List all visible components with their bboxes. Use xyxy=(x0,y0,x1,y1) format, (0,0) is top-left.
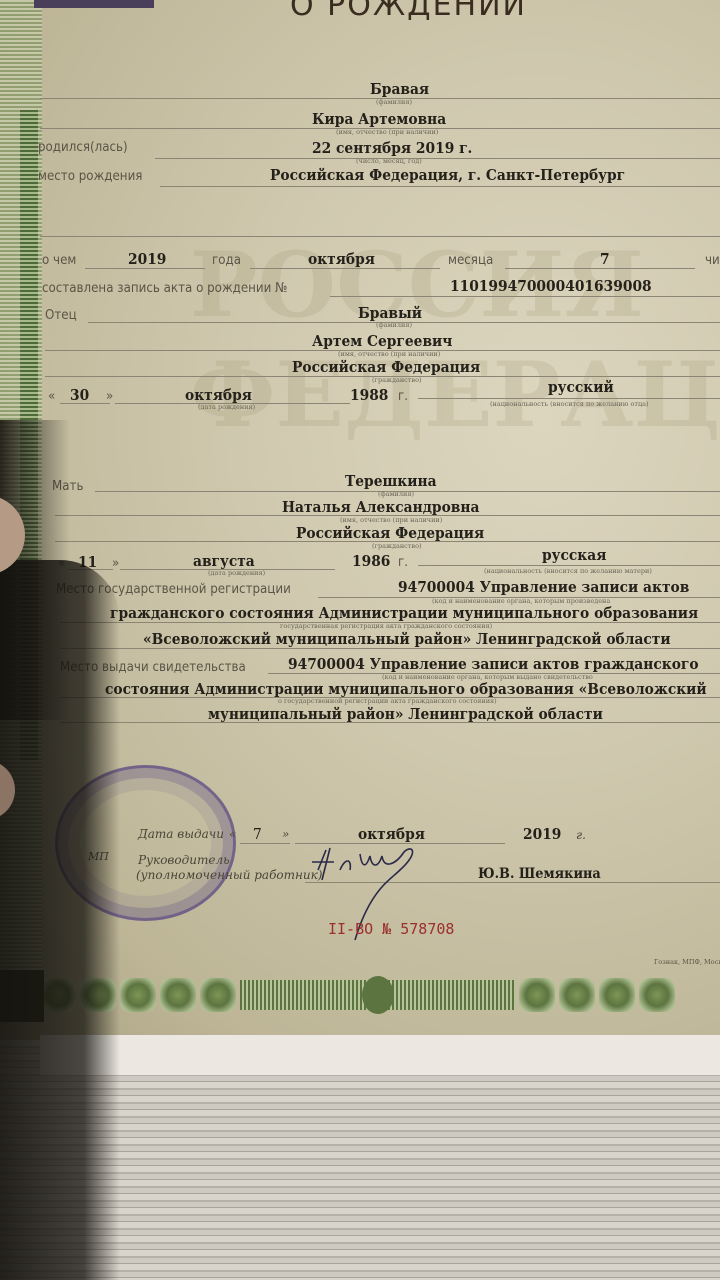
father-name-hint: (имя, отчество (при наличии) xyxy=(338,350,440,358)
record-month: октября xyxy=(308,250,375,268)
mother-surname: Терешкина xyxy=(345,472,437,490)
father-year-suffix: г. xyxy=(398,388,408,404)
issue-day: 7 xyxy=(253,825,262,843)
photo-scene: РОССИЯФЕДЕРАЦИЯ О РОЖДЕНИИ Бравая (фамил… xyxy=(0,0,720,1280)
child-birthplace: Российская Федерация, г. Санкт-Петербург xyxy=(270,166,625,184)
mother-year-suffix: г. xyxy=(398,554,408,570)
mother-nationality: русская xyxy=(542,546,606,564)
father-surname: Бравый xyxy=(358,304,422,322)
child-birth-date: 22 сентября 2019 г. xyxy=(312,139,472,157)
issue-date-label: Дата выдачи xyxy=(138,827,224,841)
child-surname-hint: (фамилия) xyxy=(376,98,412,106)
month-label: месяца xyxy=(448,252,493,268)
record-label: составлена запись акта о рождении № xyxy=(42,280,288,296)
head-label-sub: (уполномоченный работник) xyxy=(136,868,322,882)
document-title: О РОЖДЕНИИ xyxy=(290,0,527,23)
birthplace-label: место рождения xyxy=(38,168,142,184)
born-label: родился(лась) xyxy=(38,139,128,155)
day-label: чи xyxy=(705,252,720,268)
father-nationality: русский xyxy=(548,378,614,396)
father-label: Отец xyxy=(45,307,77,323)
year-label: года xyxy=(212,252,241,268)
issue-year-suffix: г. xyxy=(576,828,586,842)
issue-place-line-3: муниципальный район» Ленинградской облас… xyxy=(208,705,603,723)
mother-dob-month: августа xyxy=(193,552,255,570)
child-name: Кира Артемовна xyxy=(312,110,446,128)
mother-name-hint: (имя, отчество (при наличии) xyxy=(340,516,442,524)
father-dob-day: 30 xyxy=(70,386,89,404)
registration-line-3: «Всеволожский муниципальный район» Ленин… xyxy=(143,630,671,648)
registration-line-2: гражданского состояния Администрации мун… xyxy=(110,604,698,622)
record-year: 2019 xyxy=(128,250,166,268)
father-citizenship: Российская Федерация xyxy=(292,358,480,376)
mother-name: Наталья Александровна xyxy=(282,498,479,516)
mother-surname-hint: (фамилия) xyxy=(378,490,414,498)
mother-dob-hint: (дата рождения) xyxy=(208,569,265,577)
birth-date-hint: (число, месяц, год) xyxy=(356,157,422,165)
child-surname: Бравая xyxy=(370,80,429,98)
paper-stack-top xyxy=(40,1035,720,1075)
mother-citizenship-hint: (гражданство) xyxy=(372,542,422,550)
issue-place-line-2: состояния Администрации муниципального о… xyxy=(105,680,707,698)
child-name-hint: (имя, отчество (при наличии) xyxy=(336,128,438,136)
issue-place-line-1: 94700004 Управление записи актов граждан… xyxy=(288,655,699,673)
mother-dob-year: 1986 xyxy=(352,552,390,570)
record-number: 110199470000401639008 xyxy=(450,277,652,295)
record-day: 7 xyxy=(600,250,610,268)
ornamental-band xyxy=(40,975,720,1015)
official-name: Ю.В. Шемякина xyxy=(478,866,601,882)
about-label: о чем xyxy=(42,252,76,268)
mother-citizenship: Российская Федерация xyxy=(296,524,484,542)
certificate-serial: II-ВО № 578708 xyxy=(328,920,454,938)
publisher-imprint: Гознак, МПФ, Москва, 20 xyxy=(654,958,720,966)
father-nationality-hint: (национальность (вносится по желанию отц… xyxy=(490,400,649,408)
father-surname-hint: (фамилия) xyxy=(376,321,412,329)
registration-line-1: 94700004 Управление записи актов xyxy=(398,578,689,596)
header-ornament xyxy=(34,0,154,8)
father-dob-hint: (дата рождения) xyxy=(198,403,255,411)
registration-hint-2: государственная регистрация акта граждан… xyxy=(280,622,492,630)
head-label: Руководитель xyxy=(138,853,230,867)
father-dob-month: октября xyxy=(185,386,252,404)
father-citizenship-hint: (гражданство) xyxy=(372,376,422,384)
father-dob-year: 1988 xyxy=(350,386,388,404)
issue-year: 2019 xyxy=(523,825,561,843)
issue-place-hint-2: о государственной регистрации акта гражд… xyxy=(278,697,497,705)
hand-shadow-lower xyxy=(0,560,120,1280)
father-name: Артем Сергеевич xyxy=(312,332,452,350)
mother-nationality-hint: (национальность (вносится по желанию мат… xyxy=(484,567,652,575)
